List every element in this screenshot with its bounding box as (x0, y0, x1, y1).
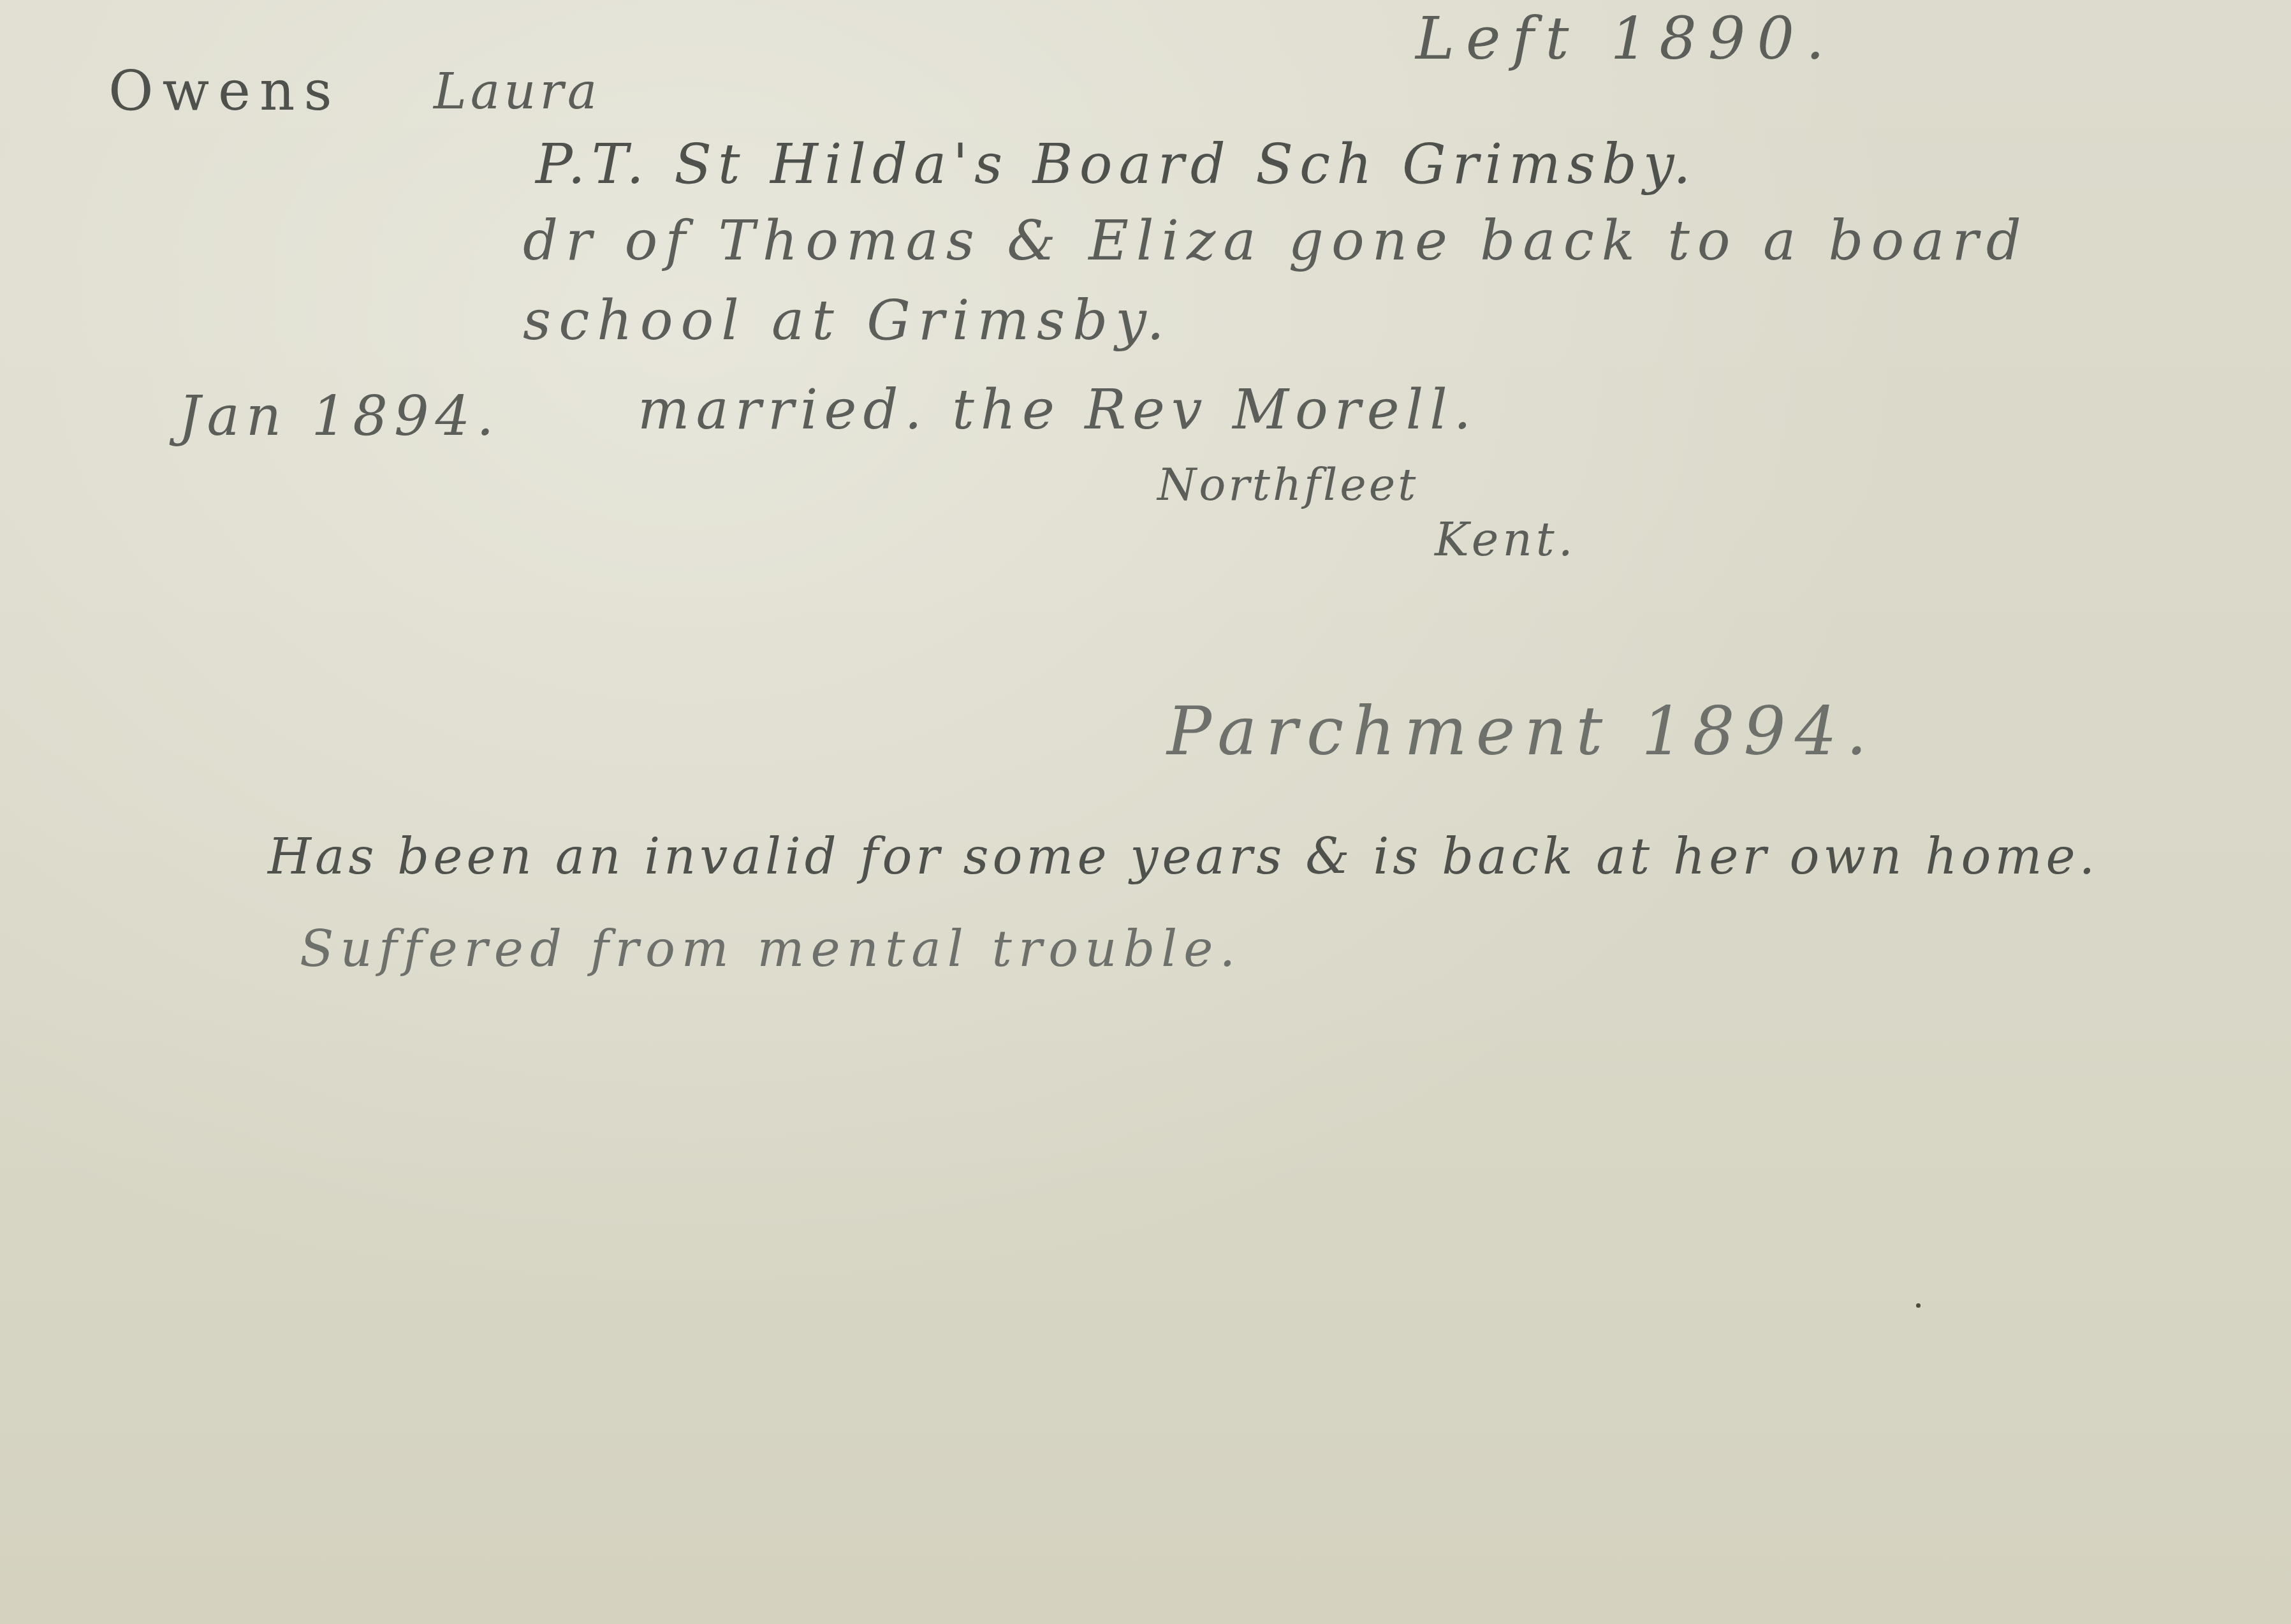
note-line-1: Has been an invalid for some years & is … (268, 832, 2098, 882)
appointment-line: P.T. St Hilda's Board Sch Grimsby. (536, 137, 1697, 192)
parchment-year: Parchment 1894. (1167, 698, 1876, 764)
ink-speck (1916, 1303, 1921, 1308)
surname: Owens (108, 64, 341, 119)
handwritten-register-page: Owens Laura Left 1890. P.T. St Hilda's B… (0, 0, 2291, 1624)
parents-line-1: dr of Thomas & Eliza gone back to a boar… (523, 214, 2029, 268)
note-line-2: Suffered from mental trouble. (300, 925, 1241, 974)
marriage-text: married. the Rev Morell. (638, 383, 1477, 437)
parents-line-2: school at Grimsby. (523, 293, 1172, 348)
left-year: Left 1890. (1416, 10, 1836, 68)
address-line-2: Kent. (1435, 516, 1577, 562)
marriage-date: Jan 1894. (179, 389, 501, 444)
address-line-1: Northfleet (1157, 462, 1418, 507)
forename: Laura (434, 67, 601, 117)
